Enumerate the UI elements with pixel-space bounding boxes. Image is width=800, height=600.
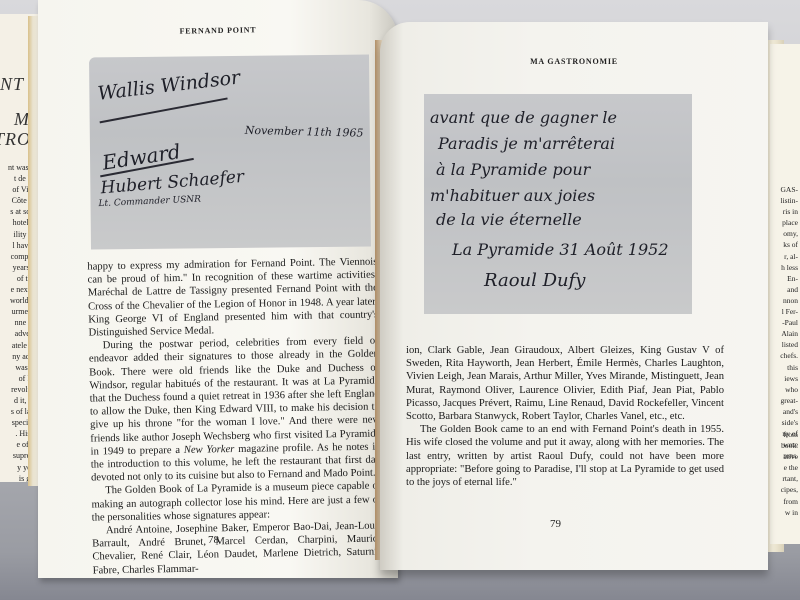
text-fragment: GAS-: [770, 184, 798, 195]
text-fragment: who: [770, 384, 798, 395]
page-number: 79: [550, 518, 561, 530]
previous-page-heading: ANT: [0, 74, 24, 95]
text-fragment: this: [770, 362, 798, 373]
text-fragment: iews: [770, 373, 798, 384]
text-fragment: r, al-: [770, 251, 798, 262]
left-page-body: happy to express my admiration for Ferna…: [87, 255, 382, 577]
text-fragment: -Paul: [770, 317, 798, 328]
handwriting-plate: avant que de gagner le Paradis je m'arrê…: [424, 94, 692, 314]
running-head: FERNAND POINT: [38, 23, 398, 38]
text-fragment: and: [770, 284, 798, 295]
text-fragment: l Fer-: [770, 306, 798, 317]
text-fragment: h less: [770, 262, 798, 273]
text-fragment: and's: [770, 406, 798, 417]
text-fragment: side's: [770, 417, 798, 428]
signature-plate: Wallis Windsor November 11th 1965 Edward…: [89, 55, 371, 250]
text-fragment: Alain: [770, 328, 798, 339]
text-fragment: omy,: [770, 228, 798, 239]
signature-raoul-dufy: Raoul Dufy: [484, 270, 585, 291]
right-page: MA GASTRONOMIE avant que de gagner le Pa…: [380, 22, 768, 570]
next-page-text: frombook.ativee thertant,cipes,fromw in: [770, 429, 798, 518]
paragraph: During the postwar period, celebrities f…: [89, 335, 381, 485]
text-fragment: listed: [770, 339, 798, 350]
handwriting-line: à la Pyramide pour: [436, 160, 590, 179]
text-fragment: En-: [770, 273, 798, 284]
paragraph: The Golden Book of La Pyramide is a muse…: [91, 480, 382, 525]
running-head: MA GASTRONOMIE: [380, 57, 768, 66]
handwriting-line: m'habituer aux joies: [430, 186, 595, 205]
handwriting-line: de la vie éternelle: [436, 210, 582, 229]
text-fragment: place: [770, 217, 798, 228]
paragraph: The Golden Book came to an end with Fern…: [406, 423, 724, 489]
paragraph: André Antoine, Josephine Baker, Emperor …: [92, 520, 383, 578]
text-fragment: nnon: [770, 295, 798, 306]
text-fragment: book.: [770, 440, 798, 451]
handwriting-line: avant que de gagner le: [430, 108, 617, 127]
next-page-edge: GAS-listin-ris inplaceomy,ks ofr, al-h l…: [770, 44, 800, 544]
next-page-text: GAS-listin-ris inplaceomy,ks ofr, al-h l…: [770, 184, 798, 461]
signature-edward: Edward: [101, 139, 183, 175]
handwriting-line: Paradis je m'arrêterai: [438, 134, 615, 153]
right-page-body: ion, Clark Gable, Jean Giraudoux, Albert…: [406, 344, 724, 489]
text-fragment: ris in: [770, 206, 798, 217]
text-fragment: chefs.: [770, 350, 798, 361]
text-fragment: listin-: [770, 195, 798, 206]
text-fragment: w in: [770, 507, 798, 518]
text-fragment: ks of: [770, 239, 798, 250]
text-fragment: great-: [770, 395, 798, 406]
signature-date: November 11th 1965: [245, 124, 364, 140]
text-fragment: from: [770, 496, 798, 507]
paragraph: happy to express my admiration for Ferna…: [87, 255, 378, 339]
page-number: 78: [208, 534, 219, 546]
text-fragment: from: [770, 429, 798, 440]
text-fragment: rtant,: [770, 473, 798, 484]
text-fragment: e the: [770, 462, 798, 473]
handwriting-date: La Pyramide 31 Août 1952: [452, 240, 669, 259]
text-fragment: cipes,: [770, 484, 798, 495]
left-page: FERNAND POINT Wallis Windsor November 11…: [38, 0, 398, 578]
paragraph: ion, Clark Gable, Jean Giraudoux, Albert…: [406, 344, 724, 423]
text-fragment: ative: [770, 451, 798, 462]
